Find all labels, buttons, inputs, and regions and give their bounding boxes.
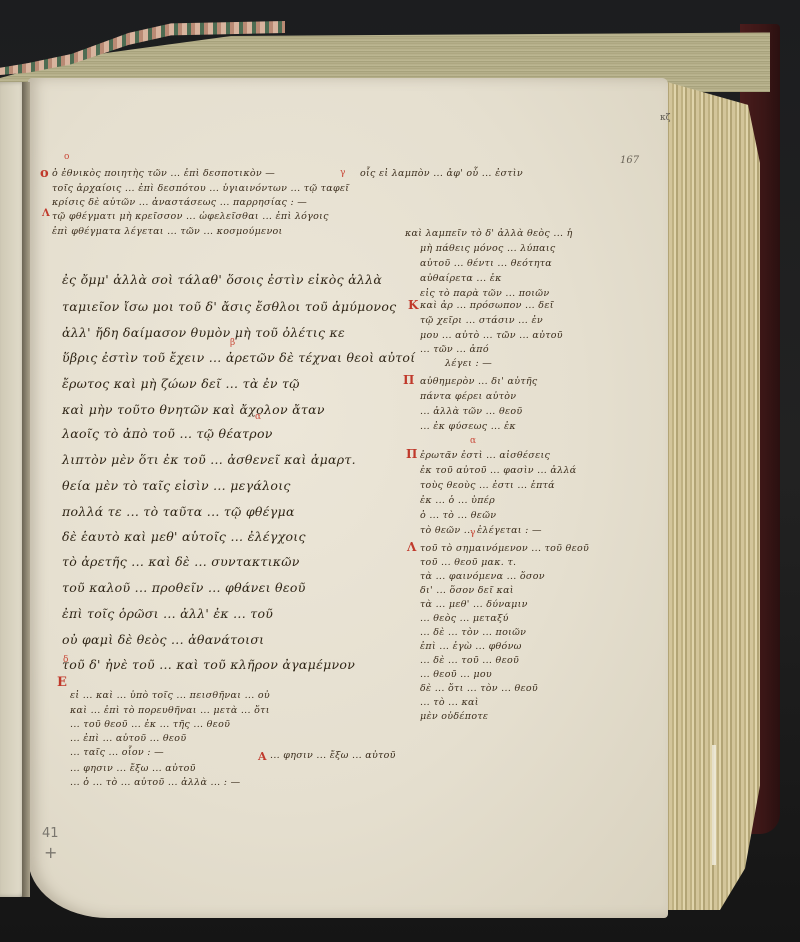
scholia-line: ... τῶν ... ἀπό (420, 344, 489, 355)
scholia-line: δὲ ... ὅτι ... τὸν ... θεοῦ (420, 683, 538, 694)
gutter (22, 82, 30, 897)
scholia-line: καὶ ... ἐπὶ τὸ πορευθῆναι ... μετὰ ... ὅ… (70, 705, 270, 716)
scholia-line: ... ἐπὶ ... αὐτοῦ ... θεοῦ (70, 733, 186, 744)
scholia-line: δι' ... ὅσον δεῖ καὶ (420, 585, 514, 596)
rubric-initial: Π (406, 447, 417, 461)
scholia-line: ... ἀλλὰ τῶν ... θεοῦ (420, 406, 522, 417)
rubric-marker: α (470, 436, 476, 446)
scholia-line: ἐπὶ φθέγματα λέγεται ... τῶν ... κοσμούμ… (52, 226, 283, 237)
rubric-marker: γ (340, 168, 345, 178)
scholia-line: οἷς εἰ λαμπὸν ... ἀφ' οὗ ... ἐστὶν (360, 168, 523, 179)
rubric-initial: Π (403, 373, 414, 387)
scholia-line: τὰ ... μεθ' ... δύναμιν (420, 599, 528, 610)
scholia-line: ... τὸ ... καὶ (420, 697, 479, 708)
main-text-line: πολλά τε ... τὸ ταῦτα ... τῷ φθέγμα (62, 504, 295, 519)
rubric-initial: Κ (408, 298, 418, 312)
main-text-line: λαοῖς τὸ ἀπὸ τοῦ ... τῷ θέατρον (62, 426, 273, 441)
scholia-line: τοῖς ἀρχαίοις ... ἐπὶ δεσπότου ... ὑγιαι… (52, 183, 349, 194)
pencil-note: 41 (42, 826, 59, 841)
main-text-line: ἔρωτος καὶ μὴ ζώων δεῖ ... τὰ ἐν τῷ (62, 376, 300, 391)
scholia-line: καὶ λαμπεῖν τὸ δ' ἀλλὰ θεὸς ... ἡ (405, 228, 573, 239)
scholia-line: μὲν οὐδέποτε (420, 711, 488, 722)
scholia-line: ὁ ἐθνικὸς ποιητὴς τῶν ... ἐπὶ δεσποτικὸν… (52, 168, 275, 179)
pencil-cross: + (44, 843, 57, 862)
scholia-line: ὁ ... τὸ ... θεῶν (420, 510, 496, 521)
folio-number: 167 (620, 155, 639, 166)
rubric-marker: α (255, 412, 261, 422)
main-text-line: τοῦ καλοῦ ... προθεῖν ... φθάνει θεοῦ (62, 580, 306, 595)
main-text-line: τοῦ δ' ἠνὲ τοῦ ... καὶ τοῦ κλῆρον ἀγαμέμ… (62, 657, 355, 672)
rubric-initial: Λ (42, 208, 50, 219)
scholia-line: καὶ ἀρ ... πρόσωπον ... δεῖ (420, 300, 554, 311)
scholia-line: ἐκ ... ὁ ... ὑπέρ (420, 495, 495, 506)
scholia-line: τῷ φθέγματι μὴ κρεῖσσον ... ὠφελεῖσθαι .… (52, 211, 329, 222)
rubric-marker: δ (63, 655, 68, 665)
page-block-fore-edge (660, 80, 760, 910)
scholia-line: τοῦ ... θεοῦ μακ. τ. (420, 557, 516, 568)
scholia-line: αὐτοῦ ... θέντι ... θεότητα (420, 258, 552, 269)
scholia-line: πάντα φέρει αὐτὸν (420, 391, 516, 402)
main-text-line: ὕβρις ἐστὶν τοῦ ἔχειν ... ἀρετῶν δὲ τέχν… (62, 350, 415, 365)
scholia-line: εἰ ... καὶ ... ὑπὸ τοῖς ... πεισθῆναι ..… (70, 690, 270, 701)
scholia-line: ... δὲ ... τὸν ... ποιῶν (420, 627, 526, 638)
main-text-line: ταμιεῖον ἴσω μοι τοῦ δ' ἄσις ἔσθλοι τοῦ … (62, 299, 396, 314)
scholia-line: κρίσις δὲ αὐτῶν ... ἀναστάσεως ... παρρη… (52, 197, 307, 208)
scholia-line: ἐρωτᾶν ἐστὶ ... αἰσθέσεις (420, 450, 550, 461)
main-text-line: οὐ φαμὶ δὲ θεὸς ... ἀθανάτοισι (62, 632, 264, 647)
scholia-line: τοὺς θεοὺς ... ἐστι ... ἑπτά (420, 480, 555, 491)
scholia-line: λέγει : — (445, 358, 492, 369)
scholia-line: μὴ πάθεις μόνος ... λύπαις (420, 243, 556, 254)
main-text-line: ἀλλ' ἤδη δαίμασον θυμὸν μὴ τοῦ ὀλέτις κε (62, 325, 345, 340)
scholia-line: ... δὲ ... τοῦ ... θεοῦ (420, 655, 519, 666)
rubric-initial: Α (258, 750, 267, 763)
scholia-line: ... φησιν ... ἔξω ... αὐτοῦ (270, 750, 396, 761)
rubric-initial: ο (40, 166, 49, 181)
rubric-initial: Λ (407, 540, 416, 554)
rubric-marker: ο (64, 152, 69, 162)
scholia-line: τὰ ... φαινόμενα ... ὅσον (420, 571, 545, 582)
rubric-marker: γ (470, 528, 475, 538)
scholia-line: ... ταῖς ... οἷον : — (70, 747, 164, 758)
scholia-line: τοῦ τὸ σημαινόμενον ... τοῦ θεοῦ (420, 543, 589, 554)
scholia-line: ... ἐκ φύσεως ... ἐκ (420, 421, 516, 432)
scholia-line: ἐκ τοῦ αὐτοῦ ... φασὶν ... ἀλλά (420, 465, 576, 476)
scholia-line: ἐπὶ ... ἐγὼ ... φθόνω (420, 641, 522, 652)
main-text-line: καὶ μὴν τοῦτο θνητῶν καὶ ἄχολον ἄταν (62, 402, 325, 417)
main-text-line: δὲ ἑαυτὸ καὶ μεθ' αὑτοῖς ... ἐλέγχοις (62, 529, 306, 544)
corner-mark: κζ (660, 113, 671, 123)
scholia-line: αὐθαίρετα ... ἐκ (420, 273, 502, 284)
scholia-line: τὸ θεῶν ... ἐλέγεται : — (420, 525, 542, 536)
main-text-line: ἐς ὄμμ' ἀλλὰ σοὶ τάλαθ' ὅσοις ἐστὶν εἰκὸ… (62, 272, 382, 287)
rubric-initial: Ε (57, 675, 67, 690)
scholia-line: ... ὁ ... τὸ ... αὐτοῦ ... ἀλλὰ ... : — (70, 777, 240, 788)
scholia-line: αὐθημερὸν ... δι' αὐτῆς (420, 376, 538, 387)
scholia-line: ... τοῦ θεοῦ ... ἐκ ... τῆς ... θεοῦ (70, 719, 230, 730)
main-text-line: τὸ ἀρετῆς ... καὶ δὲ ... συντακτικῶν (62, 554, 300, 569)
scholia-line: εἰς τὸ παρὰ τῶν ... ποιῶν (420, 288, 549, 299)
scholia-line: μου ... αὐτὸ ... τῶν ... αὐτοῦ (420, 330, 563, 341)
scholia-line: τῷ χεῖρι ... στάσιν ... ἐν (420, 315, 543, 326)
scholia-line: ... φησιν ... ἔξω ... αὐτοῦ (70, 763, 196, 774)
rubric-marker: β (230, 338, 235, 348)
main-text-line: θεία μὲν τὸ ταῖς εἰσὶν ... μεγάλοις (62, 478, 291, 493)
scholia-line: ... θεὸς ... μεταξύ (420, 613, 509, 624)
main-text-line: λιπτὸν μὲν ὅτι ἐκ τοῦ ... ἀσθενεῖ καὶ ἁμ… (62, 452, 356, 467)
main-text-line: ἐπὶ τοῖς ὁρῶσι ... ἀλλ' ἐκ ... τοῦ (62, 606, 273, 621)
fore-edge-highlight (712, 745, 716, 865)
scholia-line: ... θεοῦ ... μου (420, 669, 492, 680)
